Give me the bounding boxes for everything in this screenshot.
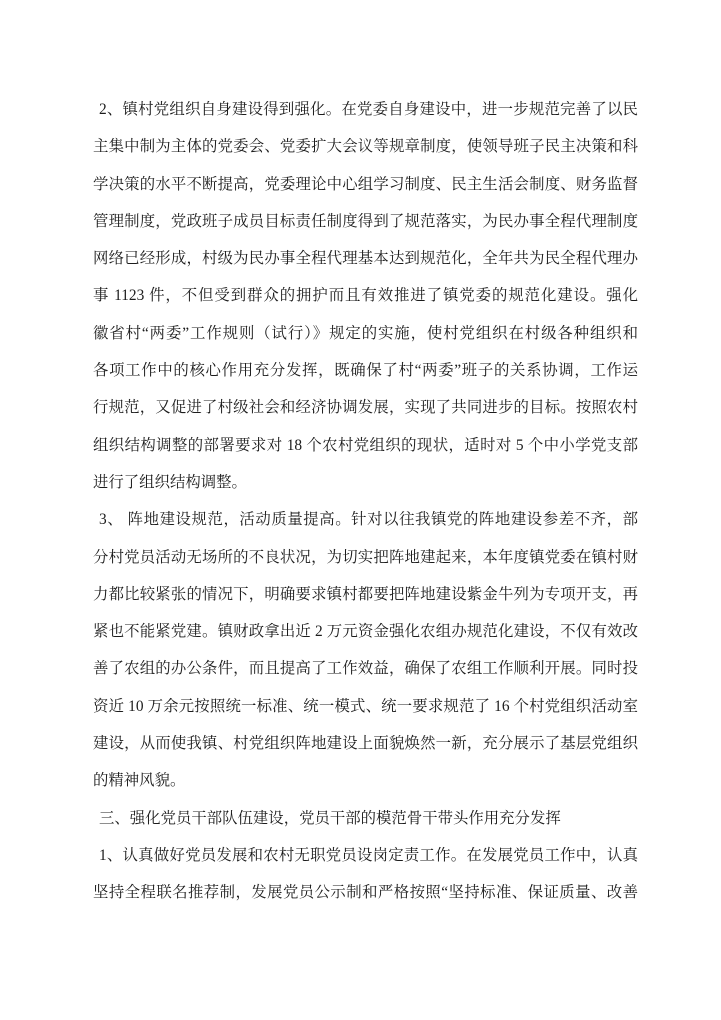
doc-line: 各项工作中的核心作用充分发挥，既确保了村“两委”班子的关系协调，工作运 [93,352,638,389]
doc-line: 力都比较紧张的情况下，明确要求镇村都要把阵地建设紫金牛列为专项开支，再 [93,576,638,613]
document-body: 2、镇村党组织自身建设得到强化。在党委自身建设中，进一步规范完善了以民 主集中制… [93,91,638,912]
doc-line: 事 1123 件，不但受到群众的拥护而且有效推进了镇党委的规范化建设。强化《安 [93,277,638,314]
doc-line section-heading: 三、强化党员干部队伍建设，党员干部的模范骨干带头作用充分发挥 [93,800,638,837]
doc-line paragraph-end: 进行了组织结构调整。 [93,464,638,501]
doc-line: 紧也不能紧党建。镇财政拿出近 2 万元资金强化农组办规范化建设，不仅有效改 [93,613,638,650]
doc-line: 分村党员活动无场所的不良状况，为切实把阵地建起来，本年度镇党委在镇村财 [93,539,638,576]
doc-line: 2、镇村党组织自身建设得到强化。在党委自身建设中，进一步规范完善了以民 [93,91,638,128]
doc-line: 行规范，又促进了村级社会和经济协调发展，实现了共同进步的目标。按照农村 [93,389,638,426]
doc-line: 管理制度，党政班子成员目标责任制度得到了规范落实，为民办事全程代理制度 [93,203,638,240]
doc-line: 学决策的水平不断提高，党委理论中心组学习制度、民主生活会制度、财务监督 [93,166,638,203]
document-page: 2、镇村党组织自身建设得到强化。在党委自身建设中，进一步规范完善了以民 主集中制… [0,0,721,1020]
doc-line: 组织结构调整的部署要求对 18 个农村党组织的现状，适时对 5 个中小学党支部 [93,427,638,464]
doc-line: 徽省村“两委”工作规则（试行）》规定的实施，使村党组织在村级各种组织和 [93,315,638,352]
doc-line: 资近 10 万余元按照统一标准、统一模式、统一要求规范了 16 个村党组织活动室 [93,688,638,725]
doc-line: 建设，从而使我镇、村党组织阵地建设上面貌焕然一新，充分展示了基层党组织 [93,725,638,762]
doc-line: 网络已经形成，村级为民办事全程代理基本达到规范化，全年共为民全程代理办 [93,240,638,277]
doc-line: 坚持全程联名推荐制，发展党员公示制和严格按照“坚持标准、保证质量、改善 [93,874,638,911]
doc-line paragraph-end: 的精神风貌。 [93,762,638,799]
doc-line: 1、认真做好党员发展和农村无职党员设岗定责工作。在发展党员工作中，认真 [93,837,638,874]
doc-line: 主集中制为主体的党委会、党委扩大会议等规章制度，使领导班子民主决策和科 [93,128,638,165]
doc-line: 3、 阵地建设规范，活动质量提高。针对以往我镇党的阵地建设参差不齐，部 [93,501,638,538]
doc-line: 善了农组的办公条件，而且提高了工作效益，确保了农组工作顺利开展。同时投 [93,650,638,687]
